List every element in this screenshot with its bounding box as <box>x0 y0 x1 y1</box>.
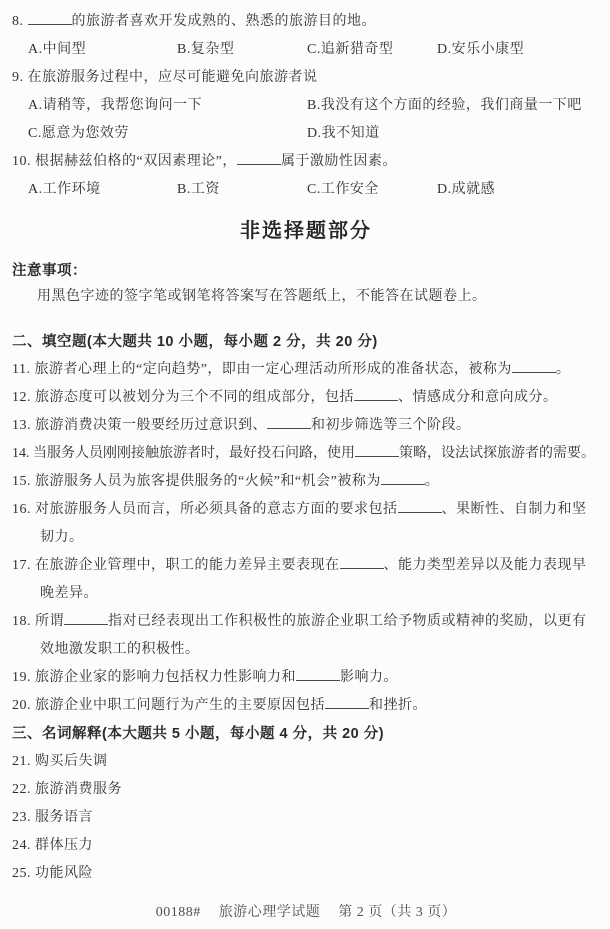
term-text: 群体压力 <box>35 838 93 853</box>
question-text: 在旅游企业管理中，职工的能力差异主要表现在 <box>35 558 340 573</box>
fill-question-12: 12. 旅游态度可以被划分为三个不同的组成部分，包括、情感成分和意向成分。 <box>12 384 600 412</box>
exam-code: 00188# <box>156 905 201 920</box>
question-number: 12. <box>12 390 31 405</box>
question-text: 和挫折。 <box>369 698 427 713</box>
answer-blank <box>325 694 369 709</box>
term-question-23: 23. 服务语言 <box>12 804 600 832</box>
question-text: 旅游服务人员为旅客提供服务的“火候”和“机会”被称为 <box>35 474 381 489</box>
question-text: 和初步筛选等三个阶段。 <box>311 418 471 433</box>
option-b: B.我没有这个方面的经验，我们商量一下吧 <box>307 92 582 120</box>
answer-blank <box>237 150 281 165</box>
option-c: C.愿意为您效劳 <box>28 120 307 148</box>
answer-blank <box>381 470 425 485</box>
exam-title: 旅游心理学试题 <box>219 905 321 920</box>
term-question-24: 24. 群体压力 <box>12 832 600 860</box>
option-b: B.工资 <box>177 176 307 204</box>
term-text: 服务语言 <box>35 810 93 825</box>
question-number: 24. <box>12 838 31 853</box>
question-text: 旅游者心理上的“定向趋势”，即由一定心理活动所形成的准备状态，被称为 <box>34 362 511 377</box>
answer-blank <box>340 554 384 569</box>
exam-paper-page: 8. 的旅游者喜欢开发成熟的、熟悉的旅游目的地。 A.中间型 B.复杂型 C.追… <box>0 0 610 929</box>
question-text: 影响力。 <box>340 670 398 685</box>
question-text: 属于激励性因素。 <box>281 154 397 169</box>
question-text: 所谓 <box>35 614 64 629</box>
question-text: 旅游企业家的影响力包括权力性影响力和 <box>35 670 296 685</box>
answer-blank <box>355 442 399 457</box>
option-a: A.请稍等，我帮您询问一下 <box>28 92 307 120</box>
option-d: D.安乐小康型 <box>437 36 524 64</box>
question-text: 旅游态度可以被划分为三个不同的组成部分，包括 <box>35 390 354 405</box>
mcq-options-8: A.中间型 B.复杂型 C.追新猎奇型 D.安乐小康型 <box>12 36 600 64</box>
option-d: D.我不知道 <box>307 120 380 148</box>
question-text: 根据赫兹伯格的“双因素理论”， <box>35 154 237 169</box>
fill-question-20: 20. 旅游企业中职工问题行为产生的主要原因包括和挫折。 <box>12 692 600 720</box>
term-question-22: 22. 旅游消费服务 <box>12 776 600 804</box>
question-number: 23. <box>12 810 31 825</box>
question-number: 20. <box>12 698 31 713</box>
answer-blank <box>64 610 108 625</box>
question-number: 13. <box>12 418 31 433</box>
question-number: 22. <box>12 782 31 797</box>
notice-body: 用黑色字迹的签字笔或钢笔将答案写在答题纸上，不能答在试题卷上。 <box>12 284 600 310</box>
option-d: D.成就感 <box>437 176 495 204</box>
question-text: 策略，设法试探旅游者的需要。 <box>399 446 595 461</box>
question-number: 21. <box>12 754 31 769</box>
question-text: 在旅游服务过程中，应尽可能避免向旅游者说 <box>28 70 318 85</box>
option-b: B.复杂型 <box>177 36 307 64</box>
question-number: 10. <box>12 154 31 169</box>
term-text: 旅游消费服务 <box>35 782 122 797</box>
fill-question-15: 15. 旅游服务人员为旅客提供服务的“火候”和“机会”被称为。 <box>12 468 600 496</box>
answer-blank <box>398 498 442 513</box>
term-question-21: 21. 购买后失调 <box>12 748 600 776</box>
question-number: 14. <box>12 446 30 461</box>
mcq-options-10: A.工作环境 B.工资 C.工作安全 D.成就感 <box>12 176 600 204</box>
fill-question-14: 14. 当服务人员刚刚接触旅游者时，最好投石问路，使用策略，设法试探旅游者的需要… <box>12 440 600 468</box>
fill-question-16: 16. 对旅游服务人员而言，所必须具备的意志方面的要求包括、果断性、自制力和坚韧… <box>12 496 600 552</box>
option-c: C.工作安全 <box>307 176 437 204</box>
fill-question-13: 13. 旅游消费决策一般要经历过意识到、和初步筛选等三个阶段。 <box>12 412 600 440</box>
fill-question-18: 18. 所谓指对已经表现出工作积极性的旅游企业职工给予物质或精神的奖励，以更有效… <box>12 608 600 664</box>
answer-blank <box>28 10 72 25</box>
fill-question-19: 19. 旅游企业家的影响力包括权力性影响力和影响力。 <box>12 664 600 692</box>
section-heading-non-mcq: 非选择题部分 <box>12 216 600 246</box>
question-number: 18. <box>12 614 31 629</box>
question-number: 11. <box>12 362 30 377</box>
mcq-question-8: 8. 的旅游者喜欢开发成熟的、熟悉的旅游目的地。 <box>12 8 600 36</box>
mcq-question-10: 10. 根据赫兹伯格的“双因素理论”，属于激励性因素。 <box>12 148 600 176</box>
mcq-options-9-row1: A.请稍等，我帮您询问一下 B.我没有这个方面的经验，我们商量一下吧 <box>12 92 600 120</box>
question-number: 25. <box>12 866 31 881</box>
option-a: A.工作环境 <box>28 176 177 204</box>
question-text: 对旅游服务人员而言，所必须具备的意志方面的要求包括 <box>35 502 398 517</box>
question-text: 的旅游者喜欢开发成熟的、熟悉的旅游目的地。 <box>72 14 377 29</box>
question-number: 9. <box>12 70 24 85</box>
question-text: 。 <box>425 474 440 489</box>
notice-title: 注意事项： <box>12 258 600 284</box>
answer-blank <box>512 358 556 373</box>
answer-blank <box>267 414 311 429</box>
fill-question-17: 17. 在旅游企业管理中，职工的能力差异主要表现在、能力类型差异以及能力表现早晚… <box>12 552 600 608</box>
question-text: 指对已经表现出工作积极性的旅游企业职工给予物质或精神的奖励，以更有效地激发职工的… <box>40 614 587 657</box>
question-number: 15. <box>12 474 31 489</box>
question-text: 。 <box>556 362 571 377</box>
question-text: 当服务人员刚刚接触旅游者时，最好投石问路，使用 <box>33 446 355 461</box>
question-text: 旅游消费决策一般要经历过意识到、 <box>35 418 267 433</box>
question-text: 旅游企业中职工问题行为产生的主要原因包括 <box>35 698 325 713</box>
fill-section-heading: 二、填空题(本大题共 10 小题，每小题 2 分，共 20 分) <box>12 328 600 356</box>
page-footer: 00188#旅游心理学试题第 2 页（共 3 页） <box>12 900 600 926</box>
question-number: 19. <box>12 670 31 685</box>
page-number: 第 2 页（共 3 页） <box>338 905 456 920</box>
mcq-options-9-row2: C.愿意为您效劳 D.我不知道 <box>12 120 600 148</box>
option-c: C.追新猎奇型 <box>307 36 437 64</box>
fill-question-11: 11. 旅游者心理上的“定向趋势”，即由一定心理活动所形成的准备状态，被称为。 <box>12 356 600 384</box>
question-text: 、情感成分和意向成分。 <box>398 390 558 405</box>
question-number: 17. <box>12 558 31 573</box>
term-text: 购买后失调 <box>35 754 108 769</box>
term-question-25: 25. 功能风险 <box>12 860 600 888</box>
answer-blank <box>354 386 398 401</box>
term-section-heading: 三、名词解释(本大题共 5 小题，每小题 4 分，共 20 分) <box>12 720 600 748</box>
term-text: 功能风险 <box>35 866 93 881</box>
question-number: 8. <box>12 14 24 29</box>
mcq-question-9: 9. 在旅游服务过程中，应尽可能避免向旅游者说 <box>12 64 600 92</box>
answer-blank <box>296 666 340 681</box>
question-number: 16. <box>12 502 31 517</box>
option-a: A.中间型 <box>28 36 177 64</box>
